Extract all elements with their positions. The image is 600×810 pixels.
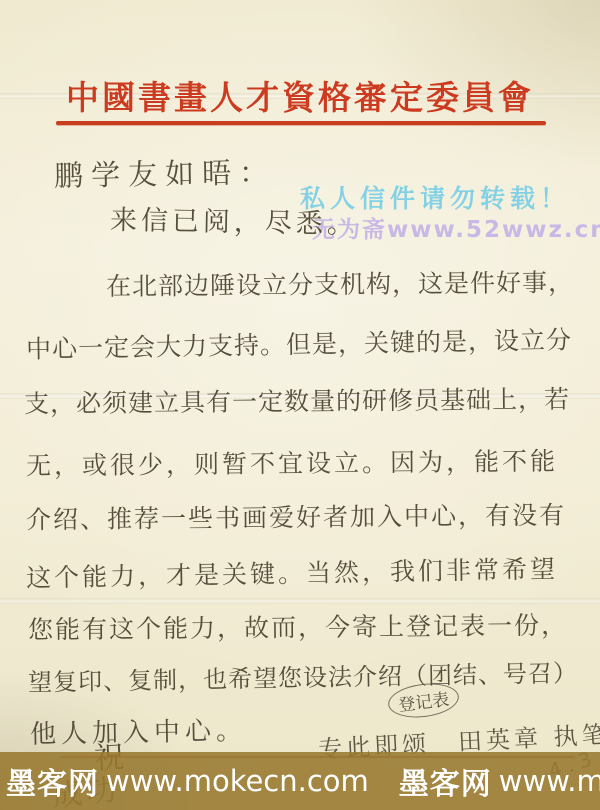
body-line: 他人加入中心。 bbox=[30, 710, 248, 751]
mokecn-site-url: www.mokecn.com bbox=[499, 764, 600, 798]
mokecn-watermark-band: 墨客网 www.mokecn.com 墨客网 www.mokecn.com bbox=[0, 752, 600, 810]
letterhead-title: 中國書畫人才資格審定委員會 bbox=[0, 72, 600, 119]
mokecn-site-url: www.mokecn.com bbox=[106, 764, 369, 798]
mokecn-watermark: 墨客网 www.mokecn.com bbox=[6, 759, 369, 803]
body-line: 介绍、推荐一些书画爱好者加入中心，有没有 bbox=[26, 496, 566, 537]
body-line: 在北部边陲设立分支机构，这是件好事， bbox=[106, 263, 574, 303]
salutation: 鹏学友如晤： bbox=[54, 150, 277, 195]
body-line: 您能有这个能力，故而，今寄上登记表一份， bbox=[28, 606, 568, 647]
body-line: 无，或很少，则暂不宜设立。因为，能不能 bbox=[26, 442, 558, 483]
body-line: 支，必须建立具有一定数量的研修员基础上，若 bbox=[24, 380, 570, 421]
letterhead-rule bbox=[56, 121, 546, 125]
body-line: 来信已阅，尽悉。 bbox=[110, 198, 359, 241]
mokecn-site-name: 墨客网 bbox=[399, 759, 492, 803]
body-line: 望复印、复制，也希望您设法介绍（团结、号召） bbox=[28, 653, 579, 698]
body-line: 这个能力，才是关键。当然，我们非常希望 bbox=[26, 549, 559, 594]
mokecn-site-name: 墨客网 bbox=[6, 759, 99, 803]
fold-crease-lower bbox=[0, 598, 600, 604]
mokecn-watermark: 墨客网 www.mokecn.com bbox=[399, 759, 600, 803]
scanned-letter-page: 中國書畫人才資格審定委員會 私人信件请勿转载！ 无为斋www.52wwz.cn … bbox=[0, 0, 600, 810]
body-line: 中心一定会大力支持。但是，关键的是，设立分 bbox=[26, 320, 573, 366]
